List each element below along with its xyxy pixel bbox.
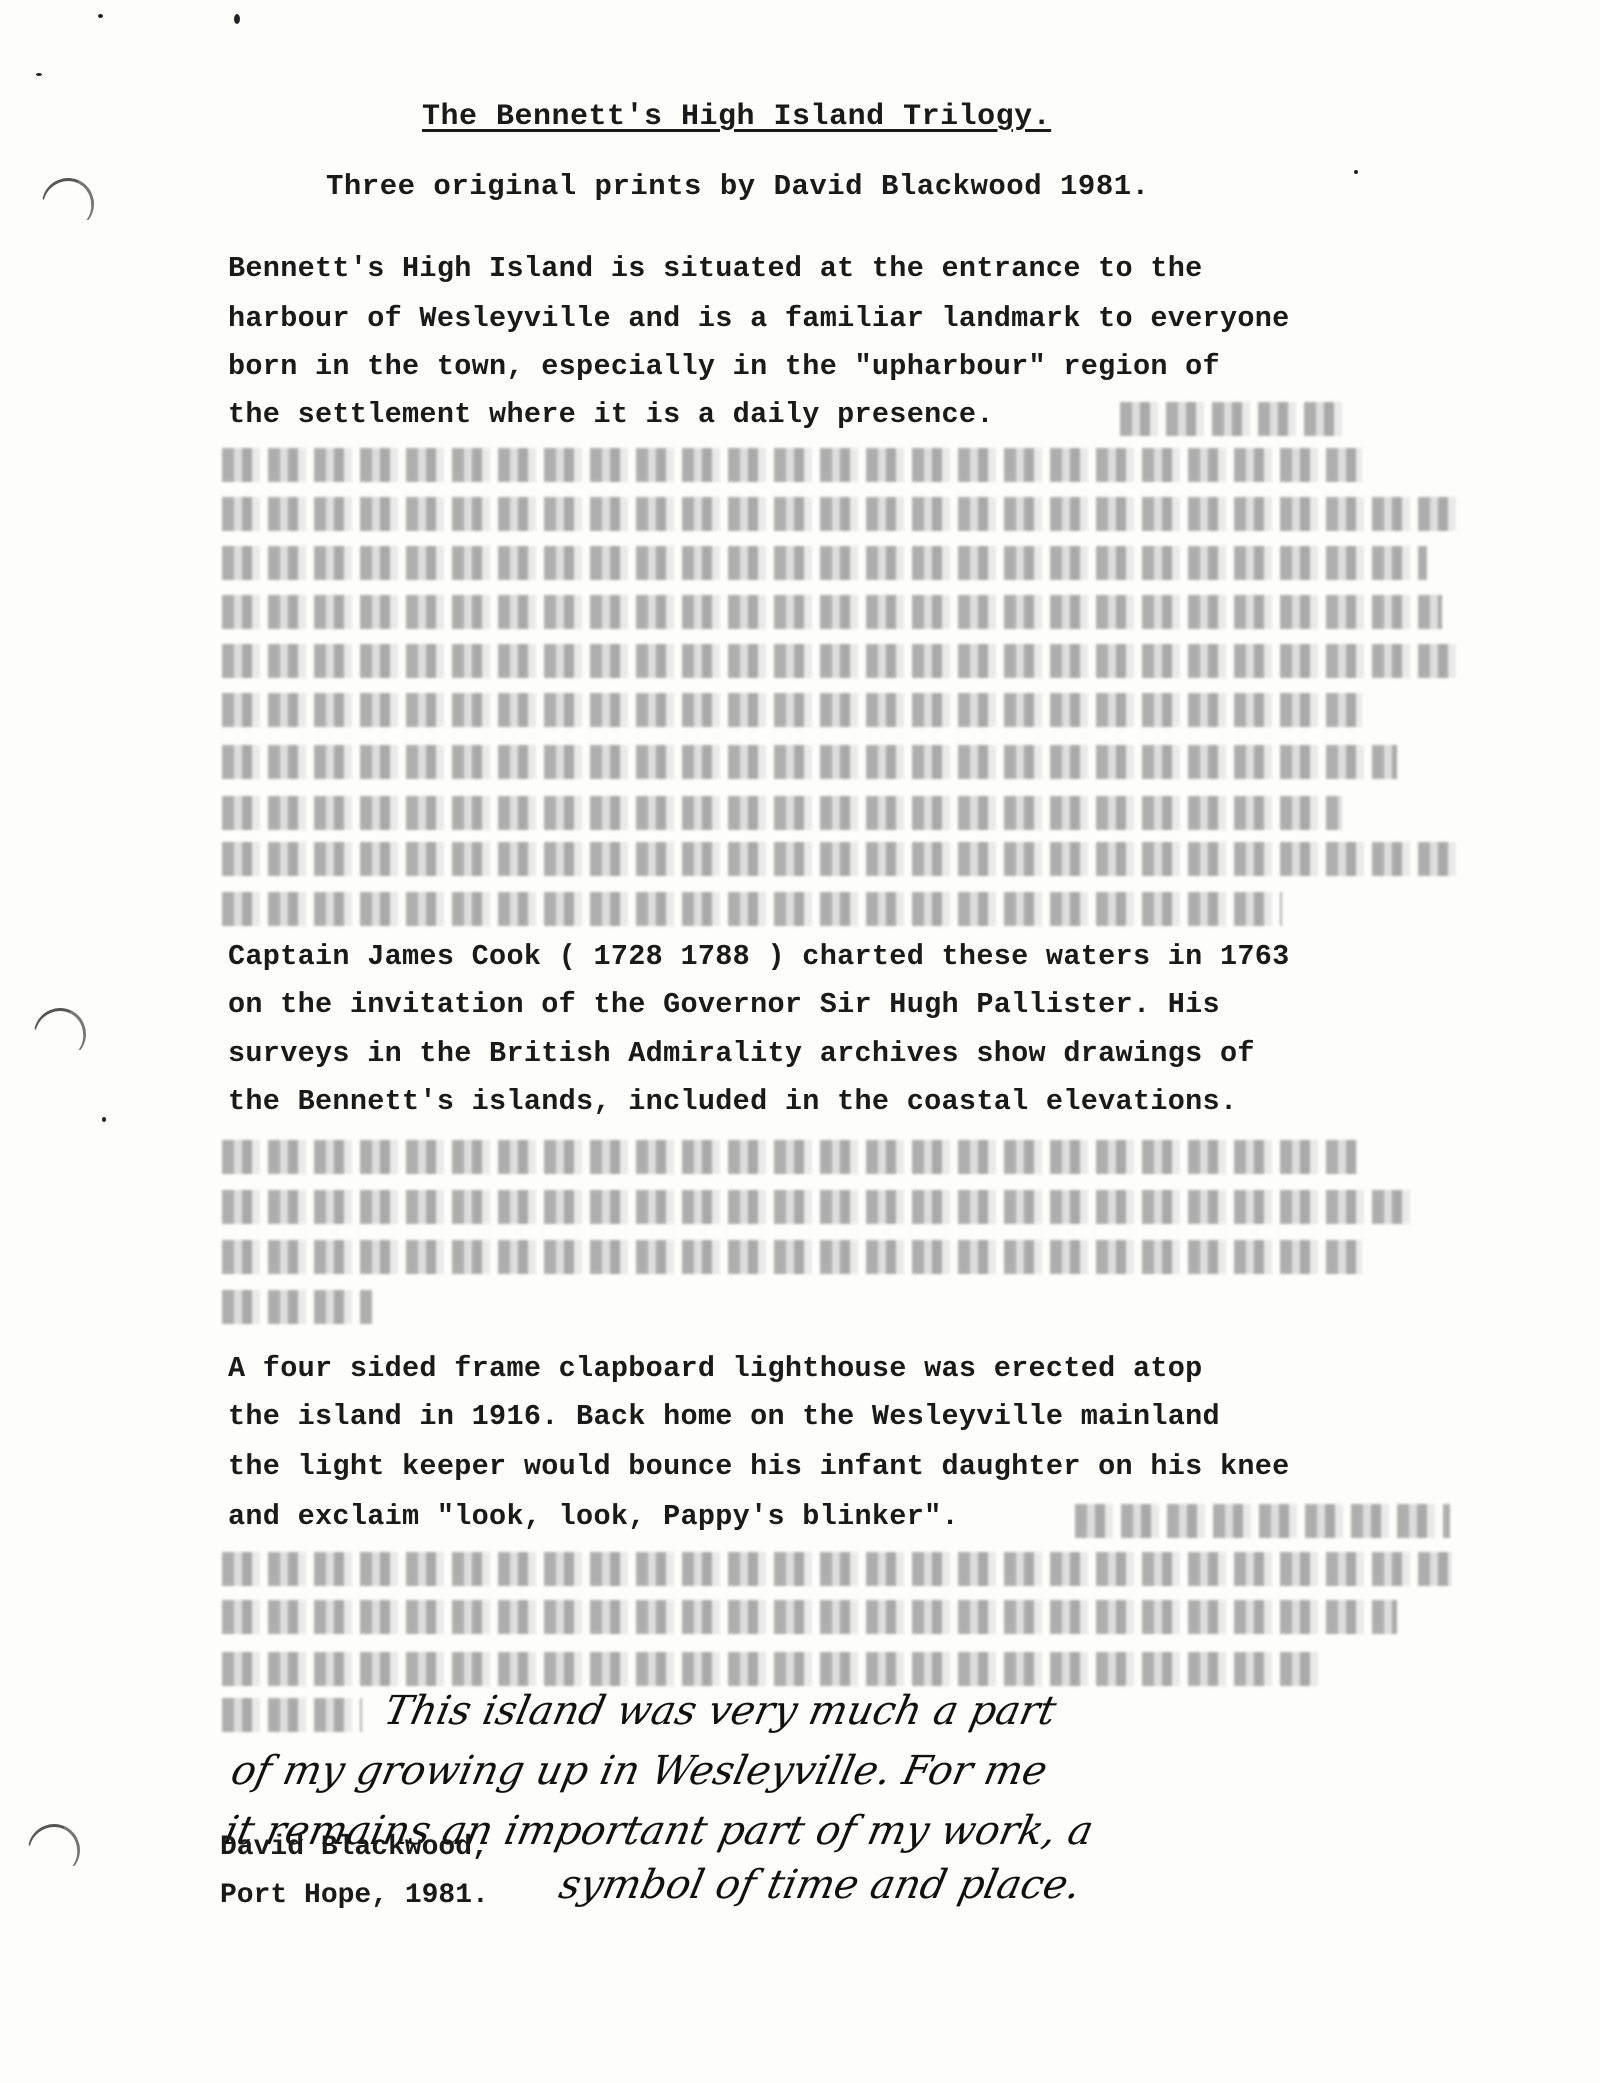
redacted-text [222,595,1442,629]
redacted-text [222,1652,1322,1686]
document-subtitle: Three original prints by David Blackwood… [326,170,1150,203]
paragraph1-line: harbour of Wesleyville and is a familiar… [228,302,1290,335]
paragraph1-line: born in the town, especially in the "uph… [228,350,1220,383]
redacted-text [222,1698,362,1732]
redacted-text [222,1290,372,1324]
paragraph3-line: the light keeper would bounce his infant… [228,1450,1290,1483]
redacted-text [222,796,1342,830]
redacted-text [222,892,1282,926]
paragraph3-line: A four sided frame clapboard lighthouse … [228,1352,1203,1385]
binder-hole-bottom [21,1817,88,1884]
paragraph1-line: Bennett's High Island is situated at the… [228,252,1203,285]
paragraph2-line: on the invitation of the Governor Sir Hu… [228,988,1220,1021]
redacted-text [1075,1504,1450,1538]
redacted-text [222,448,1362,482]
document-title: The Bennett's High Island Trilogy. [422,100,1051,134]
ink-speck [1354,170,1358,174]
handwritten-note-line: This island was very much a part [380,1688,1060,1734]
redacted-text [222,842,1457,876]
paragraph2-line: surveys in the British Admirality archiv… [228,1037,1255,1070]
paragraph2-line: the Bennett's islands, included in the c… [228,1085,1237,1118]
handwritten-note-line: of my growing up in Wesleyville. For me [227,1748,1051,1794]
redacted-text [222,1240,1362,1274]
signature-name: David Blackwood, [220,1832,489,1863]
redacted-text [222,693,1362,727]
paragraph3-line: and exclaim "look, look, Pappy's blinker… [228,1500,959,1533]
ink-speck [234,14,240,24]
paragraph1-line: the settlement where it is a daily prese… [228,398,994,431]
redacted-text [222,546,1427,580]
binder-hole-middle [27,1001,94,1068]
paragraph2-line: Captain James Cook ( 1728 1788 ) charted… [228,940,1290,973]
redacted-text [222,1140,1357,1174]
document-page: The Bennett's High Island Trilogy. Three… [0,0,1600,2083]
redacted-text [222,745,1397,779]
redacted-text [222,1600,1397,1634]
paragraph3-line: the island in 1916. Back home on the Wes… [228,1400,1220,1433]
ink-speck [102,1117,106,1122]
handwritten-note-line: symbol of time and place. [555,1862,1085,1908]
redacted-text [222,644,1457,678]
redacted-text [222,1552,1452,1586]
ink-speck [36,73,42,76]
signature-place-date: Port Hope, 1981. [220,1880,489,1911]
ink-speck [98,14,103,18]
redacted-text [222,1190,1417,1224]
binder-hole-top [35,171,102,238]
redacted-text [222,497,1457,531]
redacted-text [1120,402,1350,436]
